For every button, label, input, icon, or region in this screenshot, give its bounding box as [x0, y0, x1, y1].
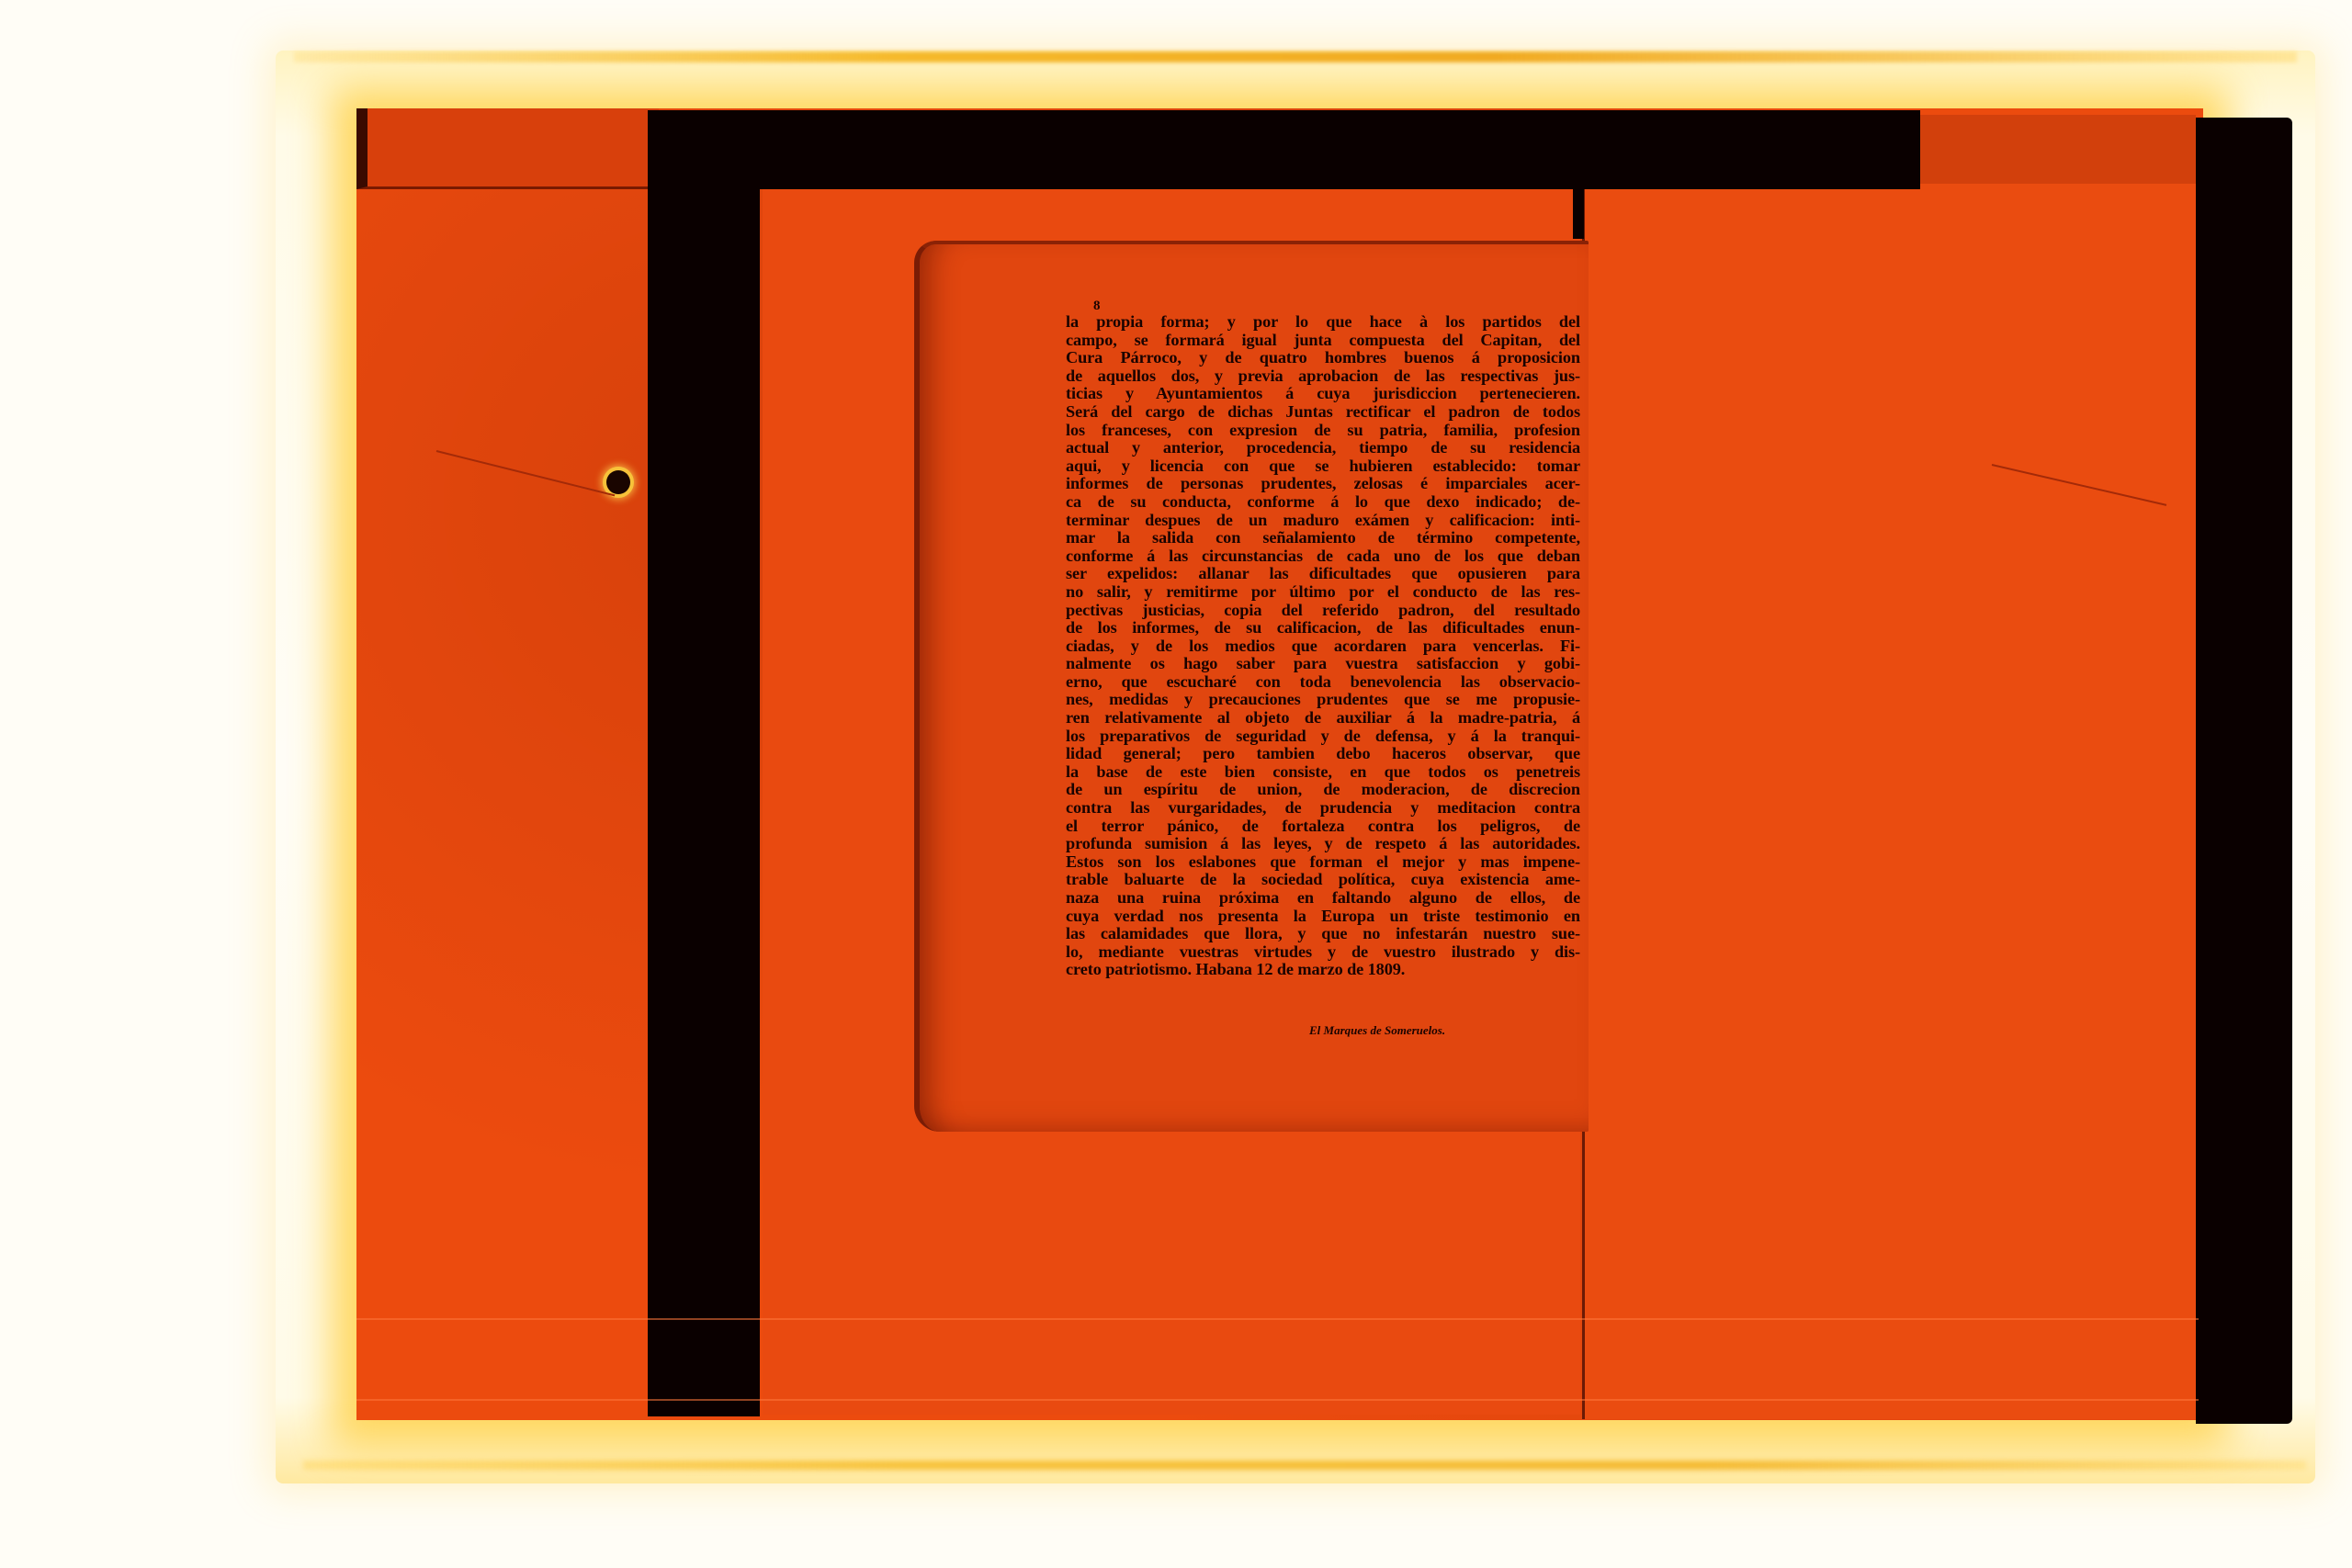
document-text-block: 8 la propia forma; y por lo que hace à l…	[1066, 299, 1580, 979]
text-line: Será del cargo de dichas Juntas rectific…	[1066, 403, 1580, 422]
text-line: terminar despues de un maduro exámen y c…	[1066, 512, 1580, 530]
text-line: profunda sumision á las leyes, y de resp…	[1066, 835, 1580, 853]
signature: El Marques de Someruelos.	[1309, 1023, 1445, 1038]
text-line: de aquellos dos, y previa aprobacion de …	[1066, 367, 1580, 386]
top-left-board-strip	[356, 108, 659, 189]
text-line: pectivas justicias, copia del referido p…	[1066, 602, 1580, 620]
text-line: no salir, y remitirme por último por el …	[1066, 583, 1580, 602]
text-line: ca de su conducta, conforme á lo que dex…	[1066, 493, 1580, 512]
film-edge-top	[294, 51, 2297, 62]
page-number: 8	[1093, 299, 1580, 312]
mask-notch	[1573, 184, 1584, 239]
text-line: la propia forma; y por lo que hace à los…	[1066, 313, 1580, 332]
text-line: actual y anterior, procedencia, tiempo d…	[1066, 439, 1580, 457]
punch-hole	[606, 470, 630, 494]
scan-line	[356, 1318, 2199, 1320]
text-line: la base de este bien consiste, en que to…	[1066, 763, 1580, 782]
text-line: aqui, y licencia con que se hubieren est…	[1066, 457, 1580, 476]
text-line-closing: creto patriotismo. Habana 12 de marzo de…	[1066, 961, 1580, 979]
left-mask-bar	[648, 110, 760, 1416]
film-edge-bottom	[303, 1461, 2306, 1470]
text-line: ciadas, y de los medios que acordaren pa…	[1066, 637, 1580, 656]
text-line: nalmente os hago saber para vuestra sati…	[1066, 655, 1580, 673]
text-line: ren relativamente al objeto de auxiliar …	[1066, 709, 1580, 728]
text-line: informes de personas prudentes, zelosas …	[1066, 475, 1580, 493]
text-line: ticias y Ayuntamientos á cuya jurisdicci…	[1066, 385, 1580, 403]
text-line: los preparativos de seguridad y de defen…	[1066, 728, 1580, 746]
scan-line	[356, 1399, 2199, 1401]
right-mask-bar	[2196, 118, 2292, 1424]
text-line: cuya verdad nos presenta la Europa un tr…	[1066, 908, 1580, 926]
text-line: naza una ruina próxima en faltando algun…	[1066, 889, 1580, 908]
text-line: nes, medidas y precauciones prudentes qu…	[1066, 691, 1580, 709]
text-line: contra las vurgaridades, de prudencia y …	[1066, 799, 1580, 818]
top-right-board-strip	[1920, 115, 2196, 193]
text-line: mar la salida con señalamiento de términ…	[1066, 529, 1580, 547]
text-line: las calamidades que llora, y que no infe…	[1066, 925, 1580, 943]
text-line: el terror pánico, de fortaleza contra lo…	[1066, 818, 1580, 836]
text-line: Cura Párroco, y de quatro hombres buenos…	[1066, 349, 1580, 367]
text-line: erno, que escucharé con toda benevolenci…	[1066, 673, 1580, 692]
text-line: de los informes, de su calificacion, de …	[1066, 619, 1580, 637]
right-mount-board	[1582, 184, 2199, 1419]
signature-title: El Marques de	[1309, 1023, 1382, 1037]
text-line: lo, mediante vuestras virtudes y de vues…	[1066, 943, 1580, 962]
text-line: Estos son los eslabones que forman el me…	[1066, 853, 1580, 872]
text-line: los franceses, con expresion de su patri…	[1066, 422, 1580, 440]
text-line: lidad general; pero tambien debo haceros…	[1066, 745, 1580, 763]
text-line: trable baluarte de la sociedad política,…	[1066, 871, 1580, 889]
text-line: de un espíritu de union, de moderacion, …	[1066, 781, 1580, 799]
top-mask-bar	[648, 110, 1920, 189]
text-line: ser expelidos: allanar las dificultades …	[1066, 565, 1580, 583]
text-line: conforme á las circunstancias de cada un…	[1066, 547, 1580, 566]
signature-name: Someruelos.	[1385, 1023, 1445, 1037]
text-line: campo, se formará igual junta compuesta …	[1066, 332, 1580, 350]
